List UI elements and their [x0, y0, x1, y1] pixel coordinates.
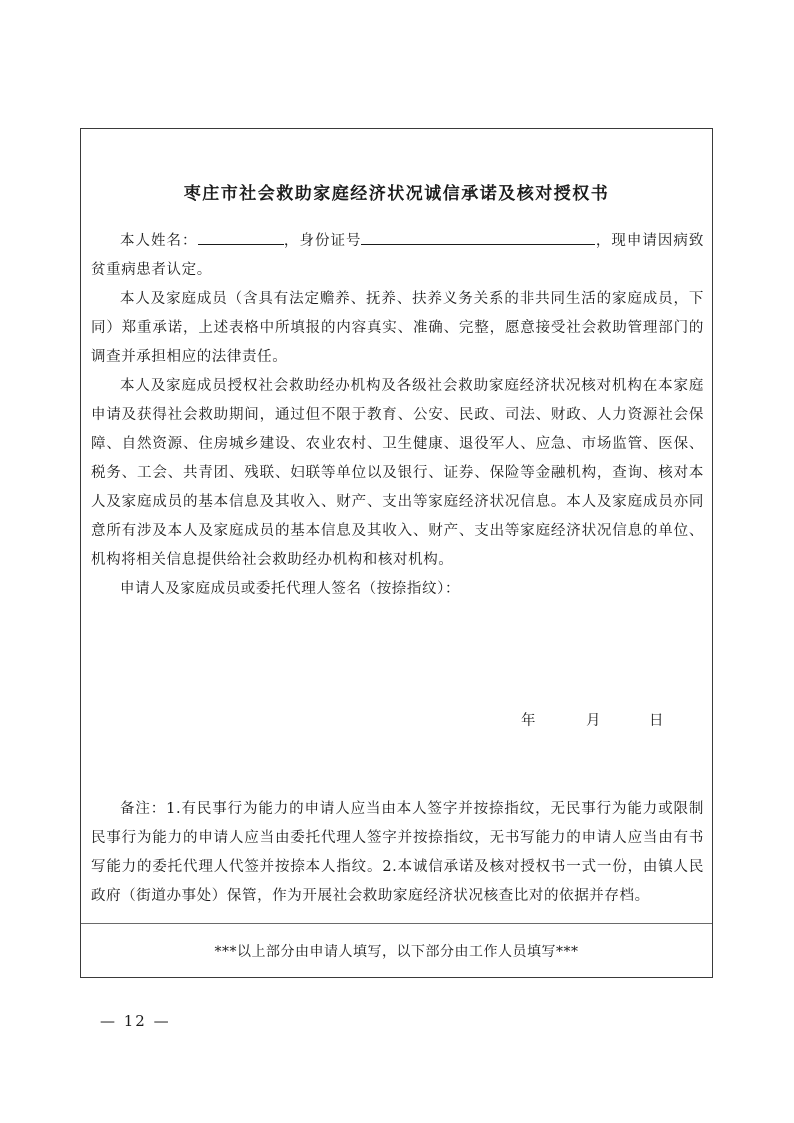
staff-section-header: ***以上部分由申请人填写，以下部分由工作人员填写*** — [81, 925, 712, 977]
separator-text: ***以上部分由申请人填写，以下部分由工作人员填写*** — [215, 941, 579, 961]
date-day: 日 — [649, 709, 664, 730]
applicant-section: 枣庄市社会救助家庭经济状况诚信承诺及核对授权书 本人姓名：，身份证号，现申请因病… — [81, 129, 712, 923]
applicant-line: 本人姓名：，身份证号，现申请因病致贫重病患者认定。 — [91, 227, 704, 285]
date-year: 年 — [521, 709, 536, 730]
name-label: 本人姓名： — [120, 233, 198, 249]
authorization-form: 枣庄市社会救助家庭经济状况诚信承诺及核对授权书 本人姓名：，身份证号，现申请因病… — [80, 128, 713, 978]
commitment-text: 本人及家庭成员（含具有法定赡养、抚养、扶养义务关系的非共同生活的家庭成员，下同）… — [91, 285, 704, 372]
name-field[interactable] — [198, 229, 284, 245]
id-number-field[interactable] — [361, 229, 595, 245]
page-number: — 12 — — [100, 1012, 171, 1030]
signature-label: 申请人及家庭成员或委托代理人签名（按捺指纹）： — [91, 575, 704, 604]
date-month: 月 — [586, 709, 601, 730]
id-label: ，身份证号 — [284, 233, 362, 249]
signature-block: 申请人及家庭成员或委托代理人签名（按捺指纹）： — [91, 575, 704, 604]
document-title: 枣庄市社会救助家庭经济状况诚信承诺及核对授权书 — [81, 179, 712, 204]
remarks-text: 备注：1.有民事行为能力的申请人应当由本人签字并按捺指纹，无民事行为能力或限制民… — [91, 795, 704, 911]
authorization-paragraph: 本人及家庭成员授权社会救助经办机构及各级社会救助家庭经济状况核对机构在本家庭申请… — [91, 372, 704, 575]
section-divider — [81, 923, 712, 924]
remarks: 备注：1.有民事行为能力的申请人应当由本人签字并按捺指纹，无民事行为能力或限制民… — [91, 795, 704, 911]
commitment-paragraph: 本人及家庭成员（含具有法定赡养、抚养、扶养义务关系的非共同生活的家庭成员，下同）… — [91, 285, 704, 372]
authorization-text: 本人及家庭成员授权社会救助经办机构及各级社会救助家庭经济状况核对机构在本家庭申请… — [91, 372, 704, 575]
